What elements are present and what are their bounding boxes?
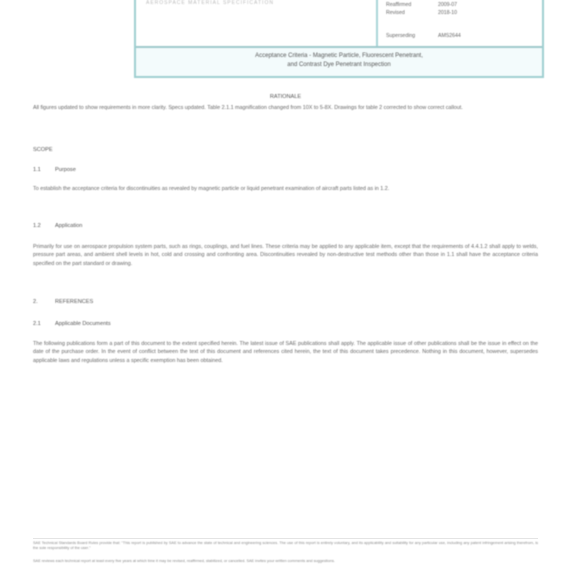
meta-revised: Revised 2018-10 — [386, 10, 457, 16]
section-2-1-text: The following publications form a part o… — [33, 340, 538, 365]
section-1-2-text: Primarily for use on aerospace propulsio… — [33, 243, 538, 268]
scope-heading: SCOPE — [33, 146, 538, 154]
footer-divider — [33, 538, 538, 539]
footer-disclaimer: SAE Technical Standards Board Rules prov… — [33, 541, 538, 551]
header-metadata: Reaffirmed 2009-07 Revised 2018-10 Super… — [380, 0, 542, 46]
org-line: AEROSPACE MATERIAL SPECIFICATION — [146, 0, 274, 6]
document-header-box: AEROSPACE MATERIAL SPECIFICATION Reaffir… — [134, 0, 544, 78]
meta-reaffirmed: Reaffirmed 2009-07 — [386, 2, 457, 8]
document-title: Acceptance Criteria - Magnetic Particle,… — [136, 48, 542, 76]
rationale-heading: RATIONALE — [33, 93, 538, 101]
header-top-section: AEROSPACE MATERIAL SPECIFICATION Reaffir… — [136, 0, 542, 48]
section-1-1-text: To establish the acceptance criteria for… — [33, 185, 538, 193]
header-logo-area: AEROSPACE MATERIAL SPECIFICATION — [136, 0, 378, 46]
section-1-1-heading: 1.1Purpose — [33, 166, 538, 174]
rationale-text: All figures updated to show requirements… — [33, 104, 538, 112]
footer-review-note: SAE reviews each technical report at lea… — [33, 559, 538, 564]
meta-superseding: Superseding AMS2644 — [386, 33, 461, 39]
section-2-1-heading: 2.1Applicable Documents — [33, 320, 538, 328]
section-1-2-heading: 1.2Application — [33, 222, 538, 230]
references-heading: 2.REFERENCES — [33, 298, 538, 306]
